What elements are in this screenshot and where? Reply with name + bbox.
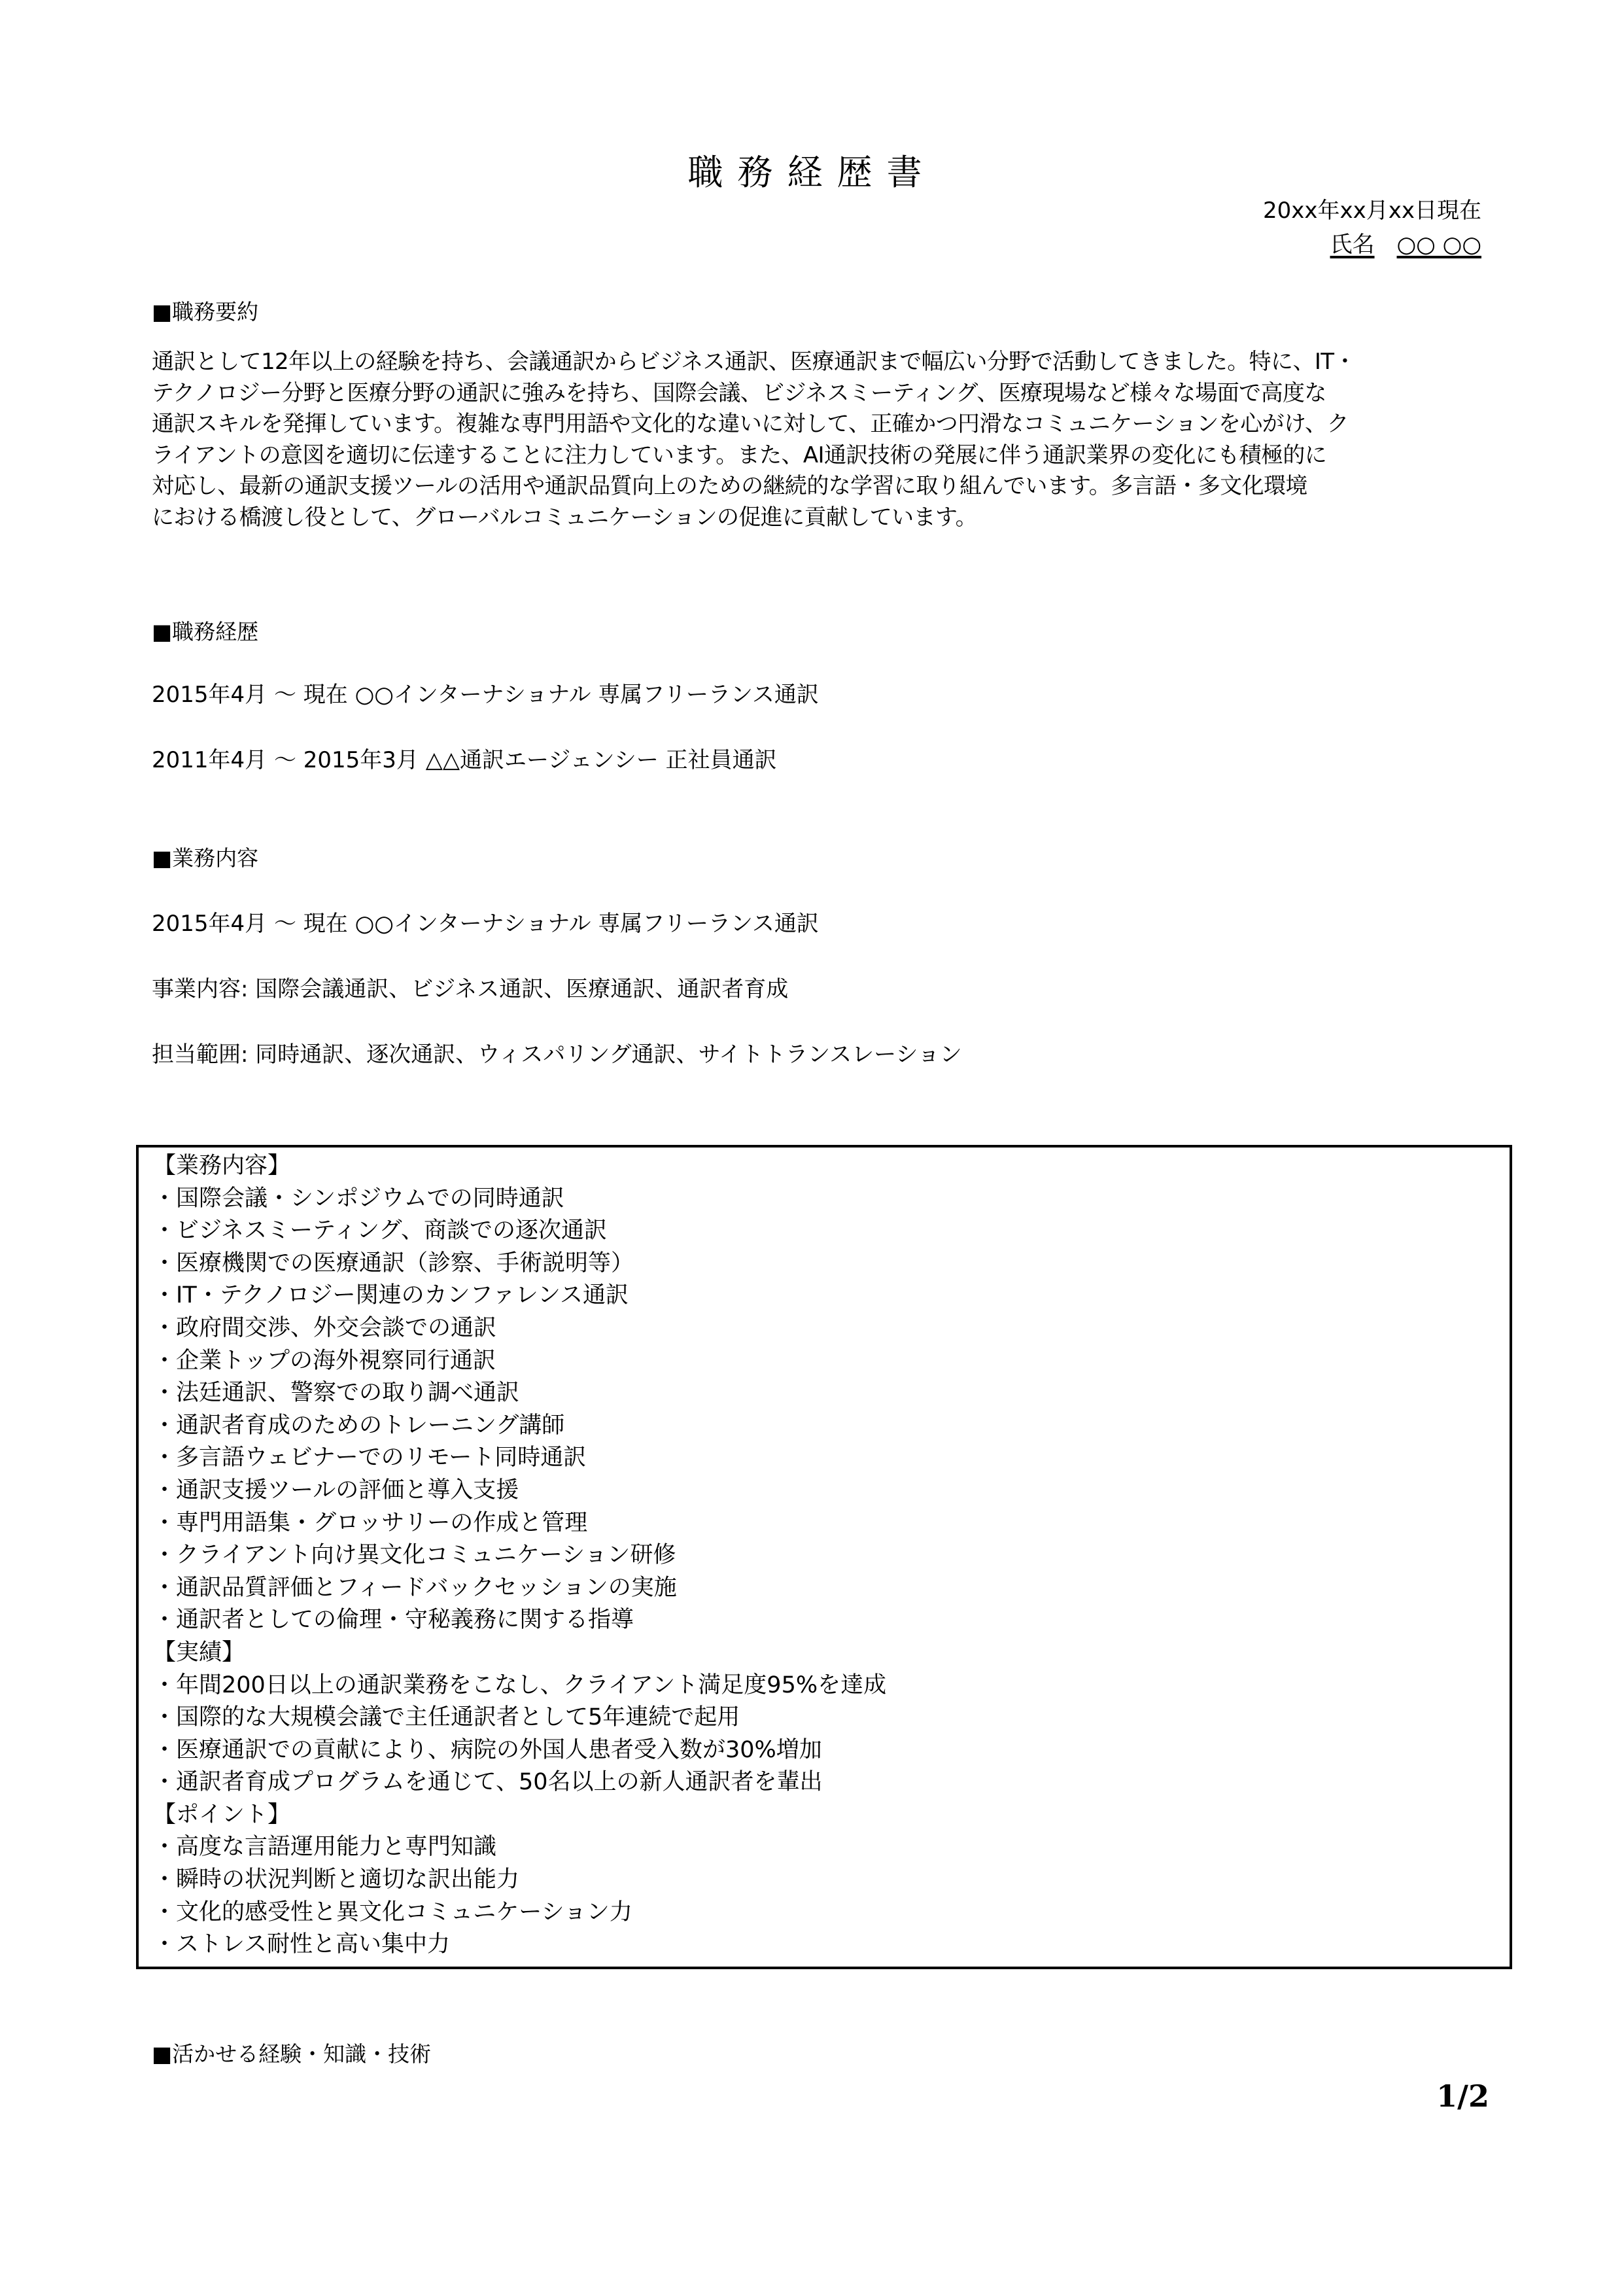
career-heading: ■職務経歴	[152, 618, 258, 646]
duties-period-line: 2015年4月 ～ 現在 ○○インターナショナル 専属フリーランス通訳	[152, 909, 819, 938]
duty-item: ・専門用語集・グロッサリーの作成と管理	[153, 1507, 886, 1540]
date-line: 20xx年xx月xx日現在	[1263, 196, 1481, 225]
skills-heading: ■活かせる経験・知識・技術	[152, 2040, 431, 2069]
summary-paragraph: 通訳として12年以上の経験を持ち、会議通訳からビジネス通訳、医療通訳まで幅広い分…	[152, 347, 1486, 533]
duty-item: ・クライアント向け異文化コミュニケーション研修	[153, 1539, 886, 1572]
duties-section-title: 【業務内容】	[153, 1150, 886, 1183]
duties-detail-content: 【業務内容】 ・国際会議・シンポジウムでの同時通訳 ・ビジネスミーティング、商談…	[153, 1150, 886, 1961]
page-number: 1/2	[1436, 2078, 1489, 2114]
duty-item: ・通訳者育成のためのトレーニング講師	[153, 1410, 886, 1443]
duty-item: ・ビジネスミーティング、商談での逐次通訳	[153, 1215, 886, 1248]
point-item: ・高度な言語運用能力と専門知識	[153, 1831, 886, 1864]
name-line: 氏名○○ ○○	[1330, 230, 1481, 259]
point-item: ・文化的感受性と異文化コミュニケーション力	[153, 1897, 886, 1929]
summary-heading: ■職務要約	[152, 298, 258, 326]
duties-scope-line: 担当範囲: 同時通訳、逐次通訳、ウィスパリング通訳、サイトトランスレーション	[152, 1040, 962, 1069]
duty-item: ・国際会議・シンポジウムでの同時通訳	[153, 1183, 886, 1216]
duty-item: ・多言語ウェビナーでのリモート同時通訳	[153, 1442, 886, 1475]
summary-line: 通訳スキルを発揮しています。複雑な専門用語や文化的な違いに対して、正確かつ円滑な…	[152, 409, 1486, 440]
achievement-item: ・年間200日以上の通訳業務をこなし、クライアント満足度95%を達成	[153, 1670, 886, 1702]
duties-heading: ■業務内容	[152, 844, 258, 873]
summary-line: における橋渡し役として、グローバルコミュニケーションの促進に貢献しています。	[152, 502, 1486, 534]
duty-item: ・通訳支援ツールの評価と導入支援	[153, 1475, 886, 1507]
summary-line: ライアントの意図を適切に伝達することに注力しています。また、AI通訳技術の発展に…	[152, 440, 1486, 472]
point-item: ・ストレス耐性と高い集中力	[153, 1929, 886, 1961]
duty-item: ・通訳品質評価とフィードバックセッションの実施	[153, 1572, 886, 1605]
achievement-item: ・医療通訳での貢献により、病院の外国人患者受入数が30%増加	[153, 1734, 886, 1767]
summary-line: 対応し、最新の通訳支援ツールの活用や通訳品質向上のための継続的な学習に取り組んで…	[152, 471, 1486, 502]
name-label: 氏名	[1330, 232, 1375, 258]
achievements-section-title: 【実績】	[153, 1637, 886, 1670]
document-title: 職務経歴書	[0, 152, 1624, 194]
career-entry: 2015年4月 ～ 現在 ○○インターナショナル 専属フリーランス通訳	[152, 680, 819, 709]
duty-item: ・法廷通訳、警察での取り調べ通訳	[153, 1377, 886, 1410]
point-item: ・瞬時の状況判断と適切な訳出能力	[153, 1864, 886, 1897]
points-section-title: 【ポイント】	[153, 1799, 886, 1832]
career-entry: 2011年4月 ～ 2015年3月 △△通訳エージェンシー 正社員通訳	[152, 746, 777, 775]
name-value: ○○ ○○	[1397, 232, 1481, 258]
duty-item: ・企業トップの海外視察同行通訳	[153, 1345, 886, 1378]
duties-detail-box: 【業務内容】 ・国際会議・シンポジウムでの同時通訳 ・ビジネスミーティング、商談…	[136, 1145, 1512, 1969]
summary-line: 通訳として12年以上の経験を持ち、会議通訳からビジネス通訳、医療通訳まで幅広い分…	[152, 347, 1486, 378]
duty-item: ・政府間交渉、外交会談での通訳	[153, 1312, 886, 1345]
duty-item: ・IT・テクノロジー関連のカンファレンス通訳	[153, 1280, 886, 1312]
achievement-item: ・国際的な大規模会議で主任通訳者として5年連続で起用	[153, 1702, 886, 1734]
duties-business-line: 事業内容: 国際会議通訳、ビジネス通訳、医療通訳、通訳者育成	[152, 975, 788, 1004]
duty-item: ・通訳者としての倫理・守秘義務に関する指導	[153, 1604, 886, 1637]
duty-item: ・医療機関での医療通訳（診察、手術説明等）	[153, 1248, 886, 1280]
summary-line: テクノロジー分野と医療分野の通訳に強みを持ち、国際会議、ビジネスミーティング、医…	[152, 378, 1486, 410]
achievement-item: ・通訳者育成プログラムを通じて、50名以上の新人通訳者を輩出	[153, 1766, 886, 1799]
